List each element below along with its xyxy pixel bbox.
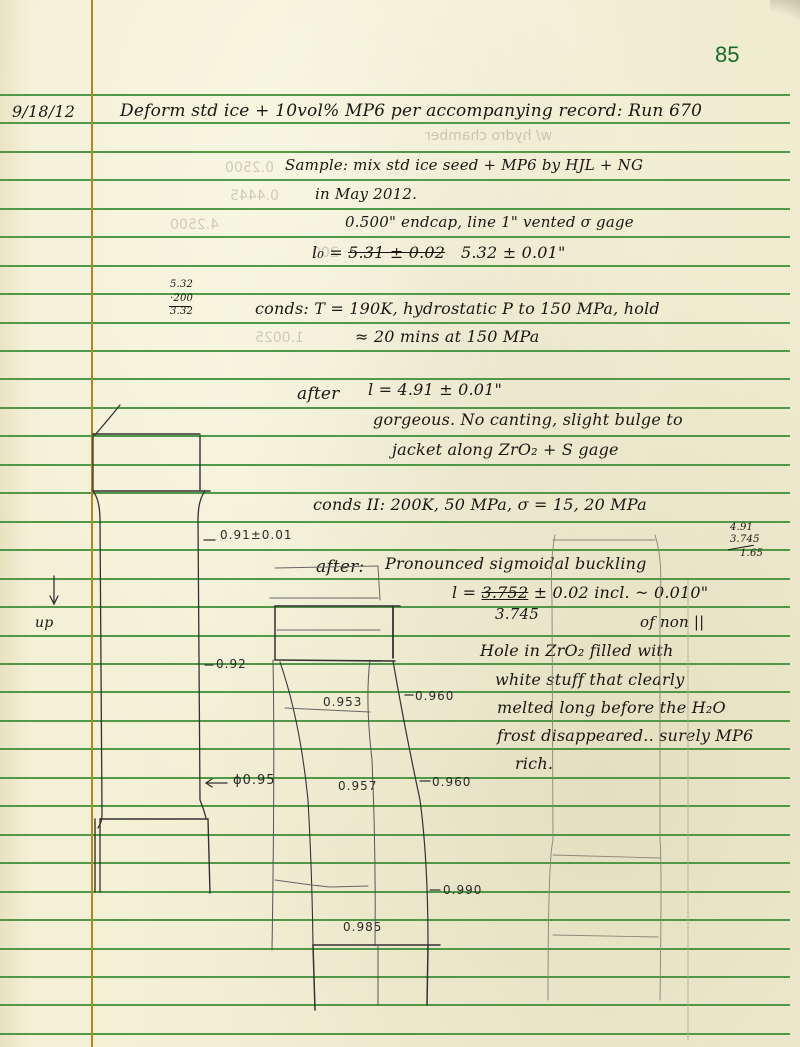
faint-sketch (548, 535, 688, 1040)
sample-sketches (0, 0, 800, 1047)
sketch-before-deformation (93, 405, 227, 893)
sketch-after-deformation (270, 566, 440, 1010)
arrow-down-icon (50, 576, 58, 604)
notebook-page: w/ hydro chamber 0.2500 0.4445 4.2500 1.… (0, 0, 800, 1047)
